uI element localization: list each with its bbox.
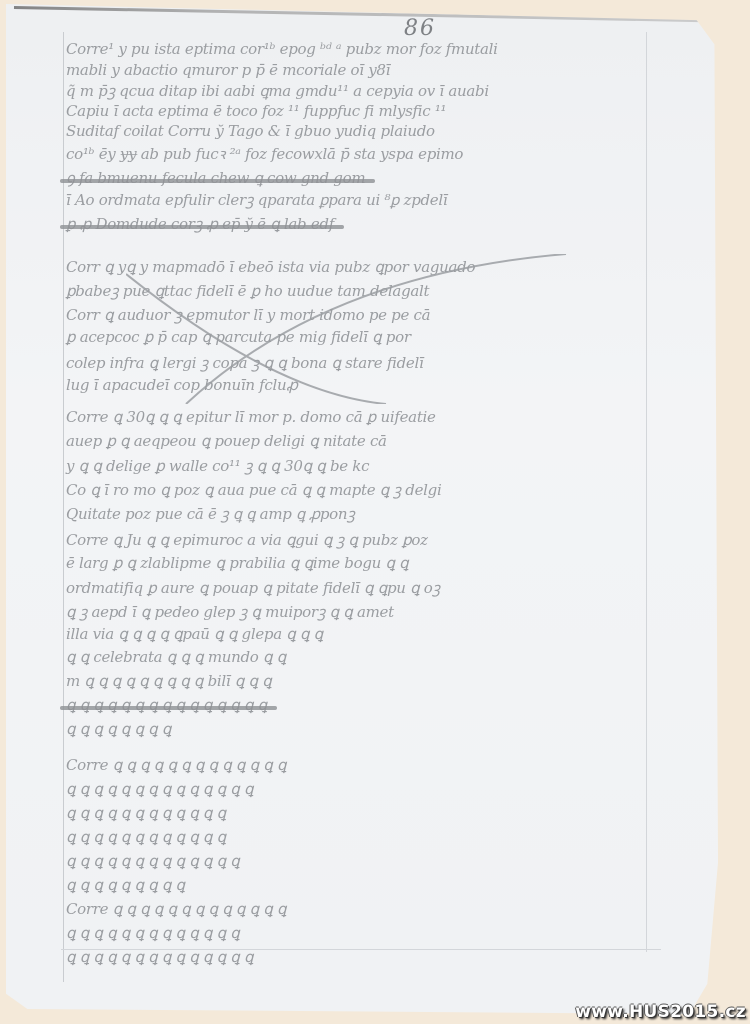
text-line: ꝗ ꝗ ꝗ ꝗ ꝗ ꝗ ꝗ ꝗ ꝗ ꝗ ꝗ ꝗ ꝗ ꝗ ꝗ xyxy=(66,696,267,714)
text-line: ꝗ ꝫ aepd ī ꝗ pedeo glep ꝫ ꝗ muiporꝫ ꝗ ꝗ … xyxy=(66,602,394,622)
text-line: Corr ꝗ auduor ꝫ epmutor lī y mort idomo … xyxy=(66,305,430,325)
text-line: y ꝗ ꝗ delige ꝑ walle co¹¹ ꝫ ꝗ ꝗ 30ꝗ ꝗ be… xyxy=(66,456,369,476)
text-line: ꝗ ꝗ ꝗ ꝗ ꝗ ꝗ ꝗ ꝗ ꝗ ꝗ ꝗ ꝗ ꝗ ꝗ xyxy=(66,780,253,798)
text-line: Quitate poz pue cā ē ꝫ ꝗ ꝗ amp ꝗ ꝓponꝫ xyxy=(66,504,355,524)
struck-text-line: ꝑ ꝓ Domdude corꝫ ꝓ ep̄ y̆ ē ꝗ lab edf xyxy=(66,214,334,234)
text-line: Corre ꝗ ꝗ ꝗ ꝗ ꝗ ꝗ ꝗ ꝗ ꝗ ꝗ ꝗ ꝗ ꝗ xyxy=(66,756,286,774)
text-line: mabli y abactio qmuror p p̄ ē mcoriale o… xyxy=(66,61,390,79)
text-line: illa via ꝗ ꝗ ꝗ ꝗ ꝗpaū ꝗ ꝗ glepa ꝗ ꝗ ꝗ xyxy=(66,625,323,643)
text-line: Corre ꝗ 30ꝗ ꝗ ꝗ epitur lī mor p. domo cā… xyxy=(66,408,436,426)
margin-rule-left xyxy=(63,32,64,982)
text-line: ꝑbabeꝫ pue ꝗttac fidelī ē ꝑ ho uudue tam… xyxy=(66,281,429,301)
text-line: ꝗ ꝗ ꝗ ꝗ ꝗ ꝗ ꝗ ꝗ ꝗ ꝗ ꝗ ꝗ xyxy=(66,804,226,822)
text-line: ꝗ ꝗ ꝗ ꝗ ꝗ ꝗ ꝗ ꝗ xyxy=(66,720,171,738)
text-line: m ꝗ ꝗ ꝗ ꝗ ꝗ ꝗ ꝗ ꝗ ꝗ bilī ꝗ ꝗ ꝗ xyxy=(66,672,271,690)
text-line: colep infra ꝗ lergi ꝫ copa ꝫ ꝗ ꝗ bona ꝗ … xyxy=(66,353,423,373)
text-line: auep ꝑ ꝗ aeqpeou ꝗ pouep deligi ꝗ nitate… xyxy=(66,432,387,450)
text-line: ē larg ꝑ ꝗ zlablipme ꝗ prabilia ꝗ ꝗime b… xyxy=(66,554,408,572)
text-line: ꝗ ꝗ ꝗ ꝗ ꝗ ꝗ ꝗ ꝗ ꝗ xyxy=(66,876,185,894)
text-line: Corre ꝗ Ju ꝗ ꝗ epimuroc a via ꝗgui ꝗ ꝫ ꝗ… xyxy=(66,530,428,550)
text-line: co¹ᵇ ēy ɏɏ ab pub fucꝛ ²ᵃ foz fecowxlā p… xyxy=(66,144,463,164)
text-line: lug ī apacudeī cop bonuīn fcluꝓ xyxy=(66,376,298,394)
text-line: ꝗ ꝗ celebrata ꝗ ꝗ ꝗ mundo ꝗ ꝗ xyxy=(66,648,286,666)
watermark-link: www.HUS2015.cz xyxy=(575,1002,746,1022)
text-line: ꝑ acepcoc ꝑ p̄ cap ꝗ parcuta pe mig fide… xyxy=(66,328,411,346)
text-line: ꝗ ꝗ ꝗ ꝗ ꝗ ꝗ ꝗ ꝗ ꝗ ꝗ ꝗ ꝗ xyxy=(66,828,226,846)
manuscript-page: 86 Corre¹ y pu ista eptima cor¹ᵇ epog ᵇᵈ… xyxy=(6,4,718,1014)
text-line: ꝗ ꝗ ꝗ ꝗ ꝗ ꝗ ꝗ ꝗ ꝗ ꝗ ꝗ ꝗ ꝗ xyxy=(66,924,240,942)
text-line: ꝗ ꝗ ꝗ ꝗ ꝗ ꝗ ꝗ ꝗ ꝗ ꝗ ꝗ ꝗ ꝗ xyxy=(66,852,240,870)
text-line: Suditaf coilat Corru y̆ Tago & ī gbuo yu… xyxy=(66,122,435,140)
text-line: Corre¹ y pu ista eptima cor¹ᵇ epog ᵇᵈ ᵃ … xyxy=(66,40,498,58)
text-line: Corre ꝗ ꝗ ꝗ ꝗ ꝗ ꝗ ꝗ ꝗ ꝗ ꝗ ꝗ ꝗ ꝗ xyxy=(66,900,286,918)
text-line: ī Ao ordmata epfulir clerꝫ qparata ꝑpara… xyxy=(66,190,447,210)
struck-text-line: ꝯ fa bmuenu fecula chew ꝗ cow gnd gom xyxy=(66,168,365,188)
folio-number: 86 xyxy=(404,16,436,41)
page-top-edge xyxy=(14,6,704,22)
text-line: Corr ꝗ yꝗ y mapmadō ī ebeō ista via pubz… xyxy=(66,258,475,276)
margin-rule-right xyxy=(646,32,647,952)
text-line: Capiu ī acta eptima ē toco foz ¹¹ fuppfu… xyxy=(66,102,446,120)
text-line: Co ꝗ ī ro mo ꝗ poz ꝗ aua pue cā ꝗ ꝗ mapt… xyxy=(66,480,441,500)
text-line: ordmatifiq ꝑ aure ꝗ pouap ꝗ pitate fidel… xyxy=(66,578,440,598)
text-line: q̃ m p̄ꝫ qcua ditap ibi aabi ꝗma gmdu¹¹ … xyxy=(66,81,489,101)
text-line: ꝗ ꝗ ꝗ ꝗ ꝗ ꝗ ꝗ ꝗ ꝗ ꝗ ꝗ ꝗ ꝗ ꝗ xyxy=(66,948,253,966)
